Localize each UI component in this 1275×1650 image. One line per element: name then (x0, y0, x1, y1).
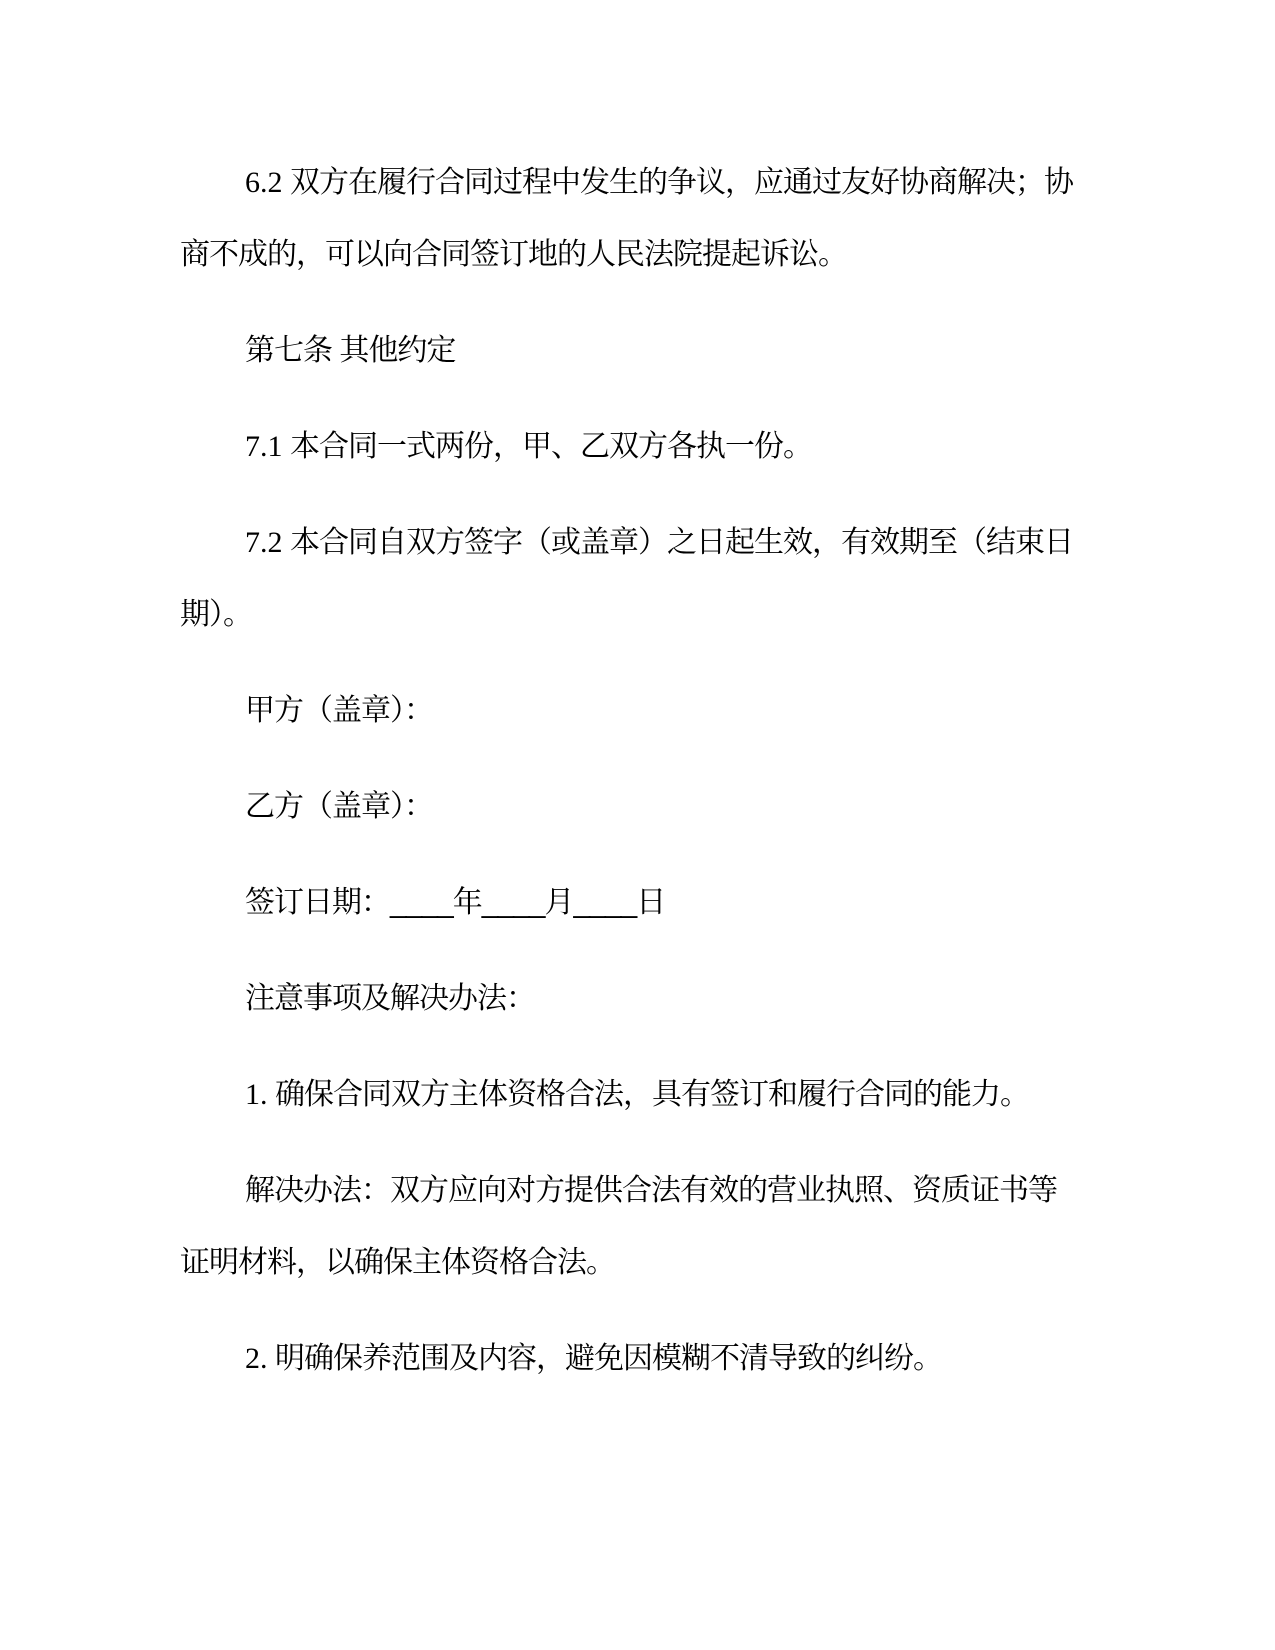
paragraph-signing-date: 签订日期：____年____月____日 (180, 867, 1187, 939)
text-line: 商不成的，可以向合同签订地的人民法院提起诉讼。 (180, 219, 1187, 291)
paragraph-party-b-seal: 乙方（盖章）： (180, 771, 1187, 843)
line-text: 期）。 (180, 598, 252, 631)
paragraph-party-a-seal: 甲方（盖章）： (180, 675, 1187, 747)
paragraph-note-2: 2. 明确保养范围及内容，避免因模糊不清导致的纠纷。 (180, 1323, 1187, 1395)
text-line: 6.2 双方在履行合同过程中发生的争议，应通过友好协商解决；协 (180, 147, 1187, 219)
line-text: 证明材料，以确保主体资格合法。 (180, 1246, 615, 1279)
text-line: 2. 明确保养范围及内容，避免因模糊不清导致的纠纷。 (180, 1323, 1187, 1395)
text-line: 7.1 本合同一式两份，甲、乙双方各执一份。 (180, 411, 1187, 483)
text-line: 期）。 (180, 579, 1187, 651)
paragraph-note-1-solution: 解决办法：双方应向对方提供合法有效的营业执照、资质证书等 证明材料，以确保主体资… (180, 1155, 1187, 1299)
line-text: 甲方（盖章）： (245, 694, 433, 727)
note-number: 1. (245, 1078, 275, 1111)
line-text: 解决办法：双方应向对方提供合法有效的营业执照、资质证书等 (245, 1174, 1057, 1207)
contract-document-page: 6.2 双方在履行合同过程中发生的争议，应通过友好协商解决；协 商不成的，可以向… (0, 0, 1275, 1395)
line-text: 第七条 其他约定 (245, 334, 455, 367)
text-line: 第七条 其他约定 (180, 315, 1187, 387)
line-text: 商不成的，可以向合同签订地的人民法院提起诉讼。 (180, 238, 847, 271)
line-text: 明确保养范围及内容，避免因模糊不清导致的纠纷。 (275, 1342, 942, 1375)
line-text: 注意事项及解决办法： (245, 982, 535, 1015)
paragraph-note-1: 1. 确保合同双方主体资格合法，具有签订和履行合同的能力。 (180, 1059, 1187, 1131)
text-line: 7.2 本合同自双方签字（或盖章）之日起生效，有效期至（结束日 (180, 507, 1187, 579)
line-text: 本合同一式两份，甲、乙双方各执一份。 (290, 430, 812, 463)
clause-number: 7.2 (245, 526, 290, 559)
paragraph-notes-heading: 注意事项及解决办法： (180, 963, 1187, 1035)
paragraph-article-7-heading: 第七条 其他约定 (180, 315, 1187, 387)
text-line: 乙方（盖章）： (180, 771, 1187, 843)
clause-number: 6.2 (245, 166, 290, 199)
clause-number: 7.1 (245, 430, 290, 463)
line-text: 乙方（盖章）： (245, 790, 433, 823)
text-line: 甲方（盖章）： (180, 675, 1187, 747)
paragraph-clause-6-2: 6.2 双方在履行合同过程中发生的争议，应通过友好协商解决；协 商不成的，可以向… (180, 147, 1187, 291)
text-line: 1. 确保合同双方主体资格合法，具有签订和履行合同的能力。 (180, 1059, 1187, 1131)
text-line: 注意事项及解决办法： (180, 963, 1187, 1035)
paragraph-clause-7-2: 7.2 本合同自双方签字（或盖章）之日起生效，有效期至（结束日 期）。 (180, 507, 1187, 651)
line-text: 本合同自双方签字（或盖章）之日起生效，有效期至（结束日 (290, 526, 1073, 559)
line-text: 确保合同双方主体资格合法，具有签订和履行合同的能力。 (275, 1078, 1029, 1111)
text-line: 签订日期：____年____月____日 (180, 867, 1187, 939)
line-text: 双方在履行合同过程中发生的争议，应通过友好协商解决；协 (290, 166, 1073, 199)
note-number: 2. (245, 1342, 275, 1375)
text-line: 解决办法：双方应向对方提供合法有效的营业执照、资质证书等 (180, 1155, 1187, 1227)
text-line: 证明材料，以确保主体资格合法。 (180, 1227, 1187, 1299)
paragraph-clause-7-1: 7.1 本合同一式两份，甲、乙双方各执一份。 (180, 411, 1187, 483)
line-text: 签订日期：____年____月____日 (245, 886, 665, 919)
